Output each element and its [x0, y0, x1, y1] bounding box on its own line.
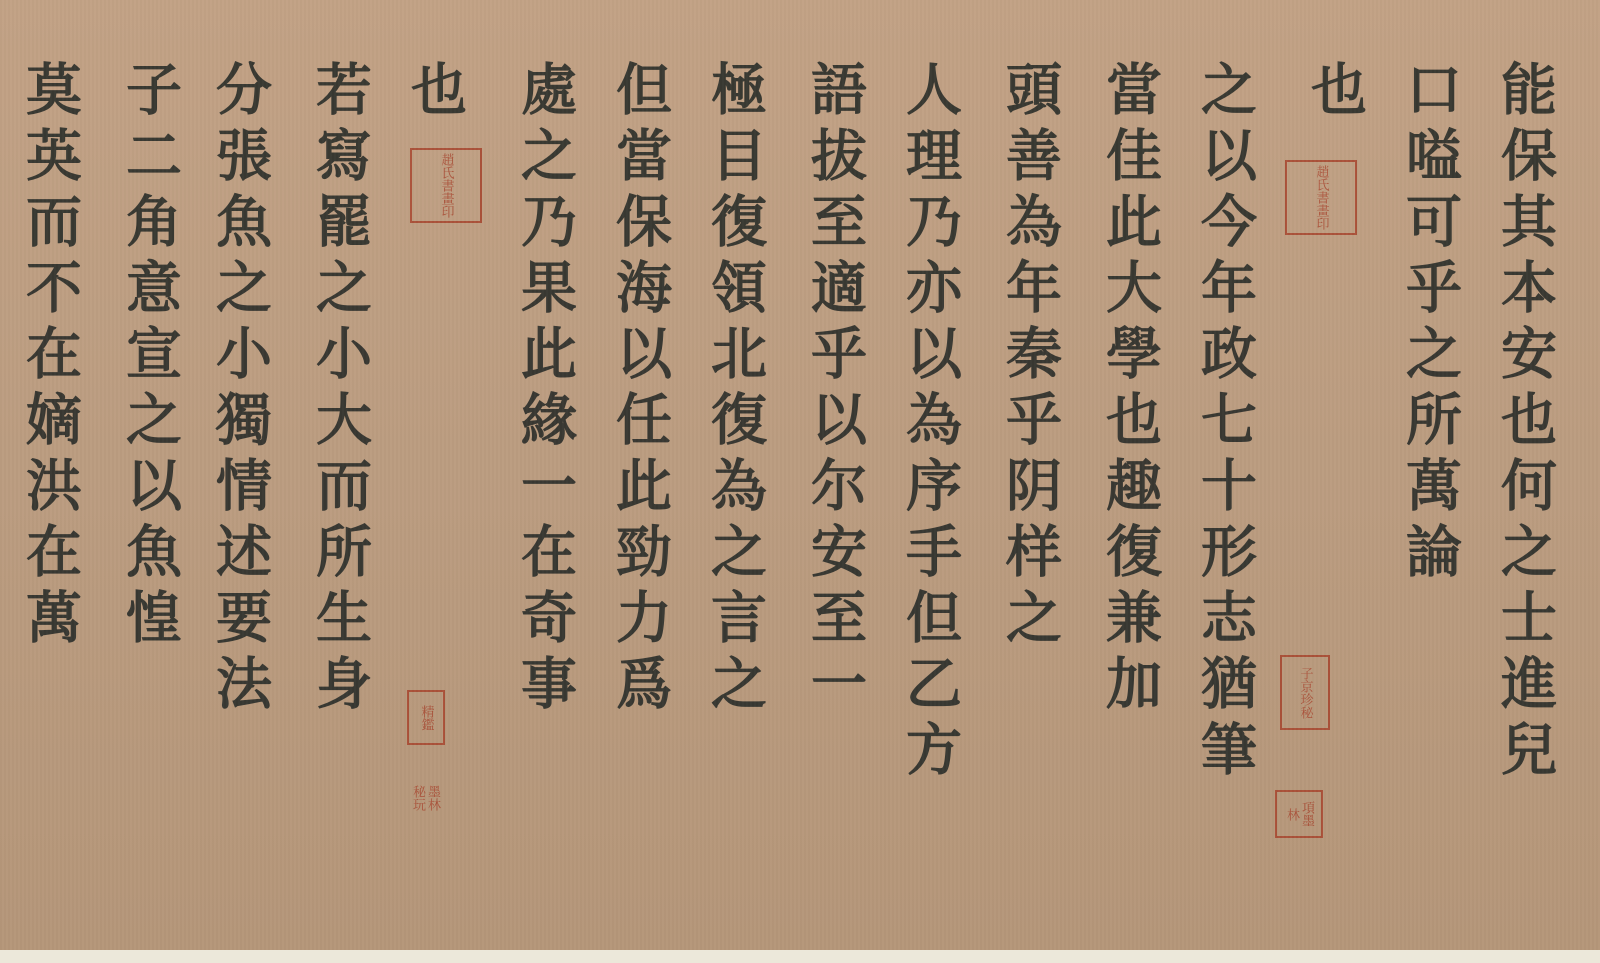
text-column-2: 口嗌可乎之所萬論	[1395, 60, 1465, 588]
text-column-9: 極目復領北復為之言之	[700, 60, 770, 720]
text-column-11: 處之乃果此緣一在奇事	[510, 60, 580, 720]
text-column-16: 莫英而不在嫡洪在萬	[15, 60, 85, 654]
text-column-14: 分張魚之小獨情述要法	[205, 60, 275, 720]
seal-collector-4: 墨林秘玩	[400, 775, 450, 820]
text-column-3: 也	[1300, 60, 1370, 126]
seal-collector-2: 項墨林	[1275, 790, 1323, 838]
seal-zhao-shi-1: 趙氏書畫印	[1285, 160, 1357, 235]
text-column-13: 若寫罷之小大而所生身	[305, 60, 375, 720]
text-column-5: 當佳此大學也趣復兼加	[1095, 60, 1165, 720]
text-column-7: 人理乃亦以為序手但乙方	[895, 60, 965, 786]
text-column-10: 但當保海以任此勁力爲	[605, 60, 675, 720]
text-column-12: 也	[400, 60, 470, 126]
calligraphy-scroll: 能保其本安也何之士進兒 口嗌可乎之所萬論 也 之以今年政七十形志猶筆 當佳此大學…	[0, 0, 1600, 950]
text-column-8: 語拔至適乎以尔安至一	[800, 60, 870, 720]
seal-zhao-shi-2: 趙氏書畫印	[410, 148, 482, 223]
text-column-6: 頭善為年秦乎阴样之	[995, 60, 1065, 654]
scroll-mounting-edge	[0, 950, 1600, 963]
text-column-1: 能保其本安也何之士進兒	[1490, 60, 1560, 786]
text-column-15: 子二角意宣之以魚惶	[115, 60, 185, 654]
text-column-4: 之以今年政七十形志猶筆	[1190, 60, 1260, 786]
seal-collector-3: 精鑑	[407, 690, 445, 745]
seal-collector-1: 子京珍秘	[1280, 655, 1330, 730]
